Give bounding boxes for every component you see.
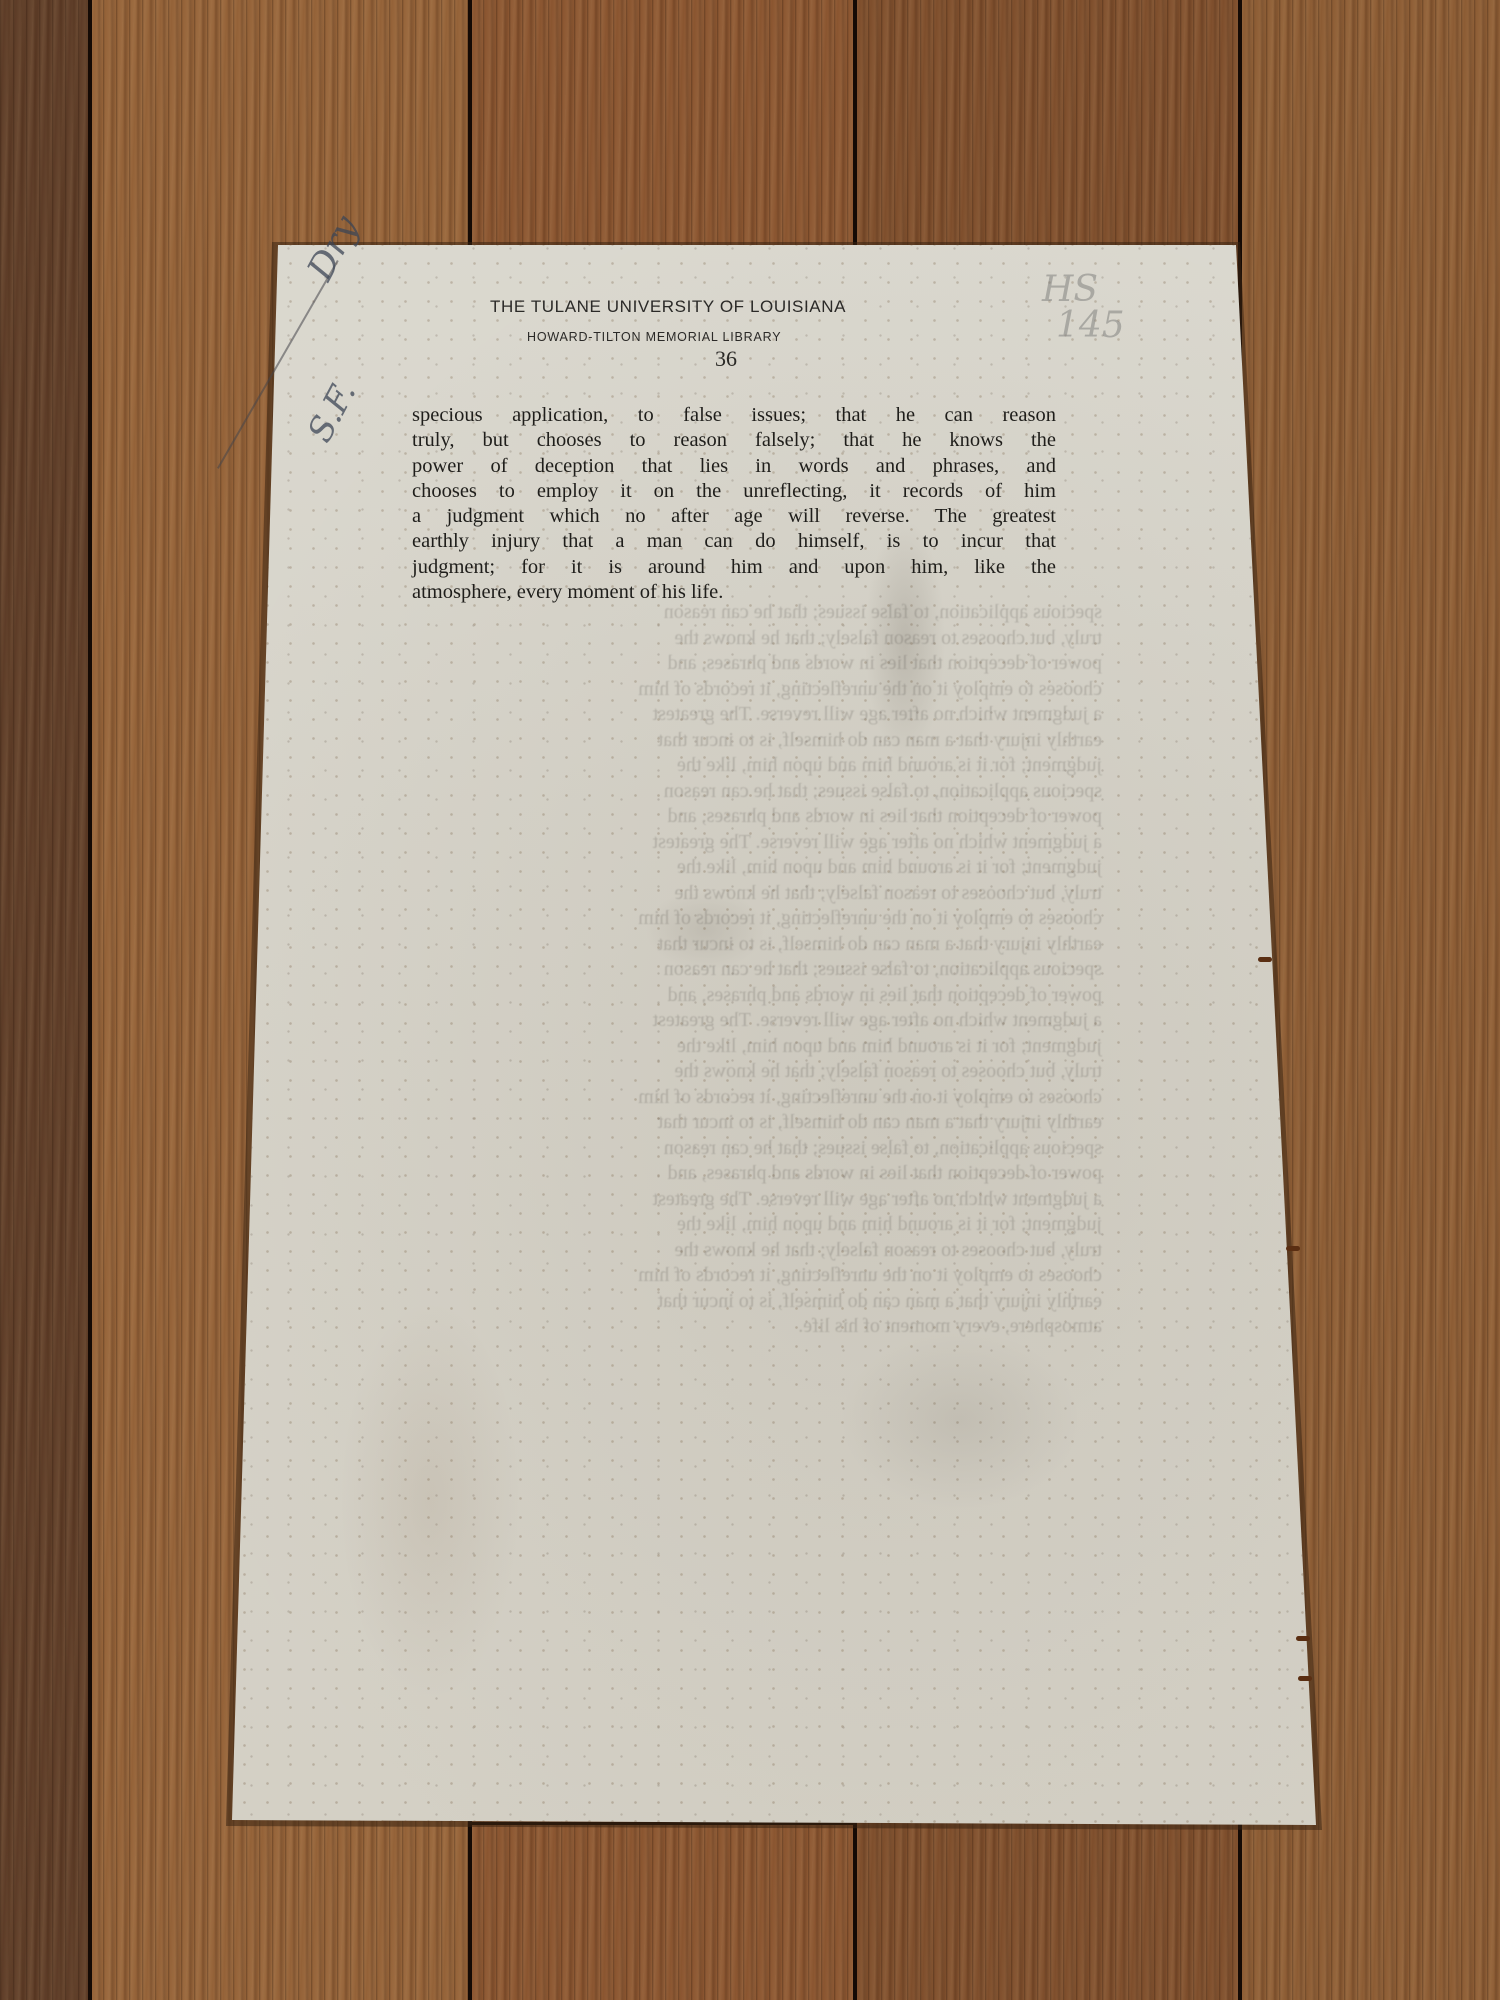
bleed-line: judgment; for it is around him and upon … (412, 855, 1102, 881)
bleed-line: a judgment which no after age will rever… (412, 830, 1102, 856)
page-content: Dry S.F. HS 145 THE TULANE UNIVERSITY OF… (0, 0, 1500, 2000)
bleed-line: a judgment which no after age will rever… (412, 702, 1102, 728)
text-line: earthly injury that a man can do himself… (412, 529, 1056, 554)
library-stamp: HOWARD-TILTON MEMORIAL LIBRARY (527, 330, 867, 344)
bleed-line: chooses to employ it on the unreflecting… (412, 906, 1102, 932)
bleed-line: power of deception that lies in words an… (412, 651, 1102, 677)
bleed-line: specious application, to false issues; t… (412, 1136, 1102, 1162)
handwritten-annotation: S.F. (300, 375, 364, 449)
bleed-line: a judgment which no after age will rever… (412, 1187, 1102, 1213)
text-line: a judgment which no after age will rever… (412, 504, 1056, 529)
bleed-line: earthly injury that a man can do himself… (412, 728, 1102, 754)
bleed-line: specious application, to false issues; t… (412, 600, 1102, 626)
torn-binding-edge (1258, 957, 1272, 962)
text-line: power of deception that lies in words an… (412, 454, 1056, 479)
bleed-line: a judgment which no after age will rever… (412, 1008, 1102, 1034)
text-line: judgment; for it is around him and upon … (412, 555, 1056, 580)
bleed-line: judgment; for it is around him and upon … (412, 753, 1102, 779)
bleed-line: chooses to employ it on the unreflecting… (412, 677, 1102, 703)
text-line: chooses to employ it on the unreflecting… (412, 479, 1056, 504)
torn-binding-edge (1286, 1246, 1300, 1251)
bleed-line: judgment; for it is around him and upon … (412, 1212, 1102, 1238)
bleed-line: chooses to employ it on the unreflecting… (412, 1085, 1102, 1111)
text-line: truly, but chooses to reason falsely; th… (412, 428, 1056, 453)
text-line: specious application, to false issues; t… (412, 403, 1056, 428)
shelf-mark-line: 145 (1056, 308, 1125, 344)
torn-binding-edge (1296, 1636, 1310, 1641)
shelf-mark-line: HS (1042, 272, 1125, 308)
show-through-text: specious application, to false issues; t… (412, 600, 1102, 1340)
bleed-line: specious application, to false issues; t… (412, 957, 1102, 983)
pencil-shelf-mark: HS 145 (1042, 272, 1125, 344)
bleed-line: truly, but chooses to reason falsely; th… (412, 1059, 1102, 1085)
bleed-line: truly, but chooses to reason falsely; th… (412, 881, 1102, 907)
bleed-line: atmosphere, every moment of his life. (412, 1314, 1102, 1340)
bleed-line: truly, but chooses to reason falsely; th… (412, 626, 1102, 652)
bleed-line: judgment; for it is around him and upon … (412, 1034, 1102, 1060)
bleed-line: power of deception that lies in words an… (412, 983, 1102, 1009)
bleed-line: power of deception that lies in words an… (412, 1161, 1102, 1187)
body-paragraph: specious application, to false issues; t… (412, 403, 1056, 605)
bleed-line: earthly injury that a man can do himself… (412, 932, 1102, 958)
bleed-line: earthly injury that a man can do himself… (412, 1289, 1102, 1315)
handwritten-annotation: Dry (300, 209, 367, 287)
bleed-line: earthly injury that a man can do himself… (412, 1110, 1102, 1136)
torn-binding-edge (1298, 1676, 1312, 1681)
bleed-line: chooses to employ it on the unreflecting… (412, 1263, 1102, 1289)
institution-stamp: THE TULANE UNIVERSITY OF LOUISIANA (490, 297, 890, 317)
page-number: 36 (715, 346, 737, 372)
bleed-line: specious application, to false issues; t… (412, 779, 1102, 805)
bleed-line: power of deception that lies in words an… (412, 804, 1102, 830)
bleed-line: truly, but chooses to reason falsely; th… (412, 1238, 1102, 1264)
